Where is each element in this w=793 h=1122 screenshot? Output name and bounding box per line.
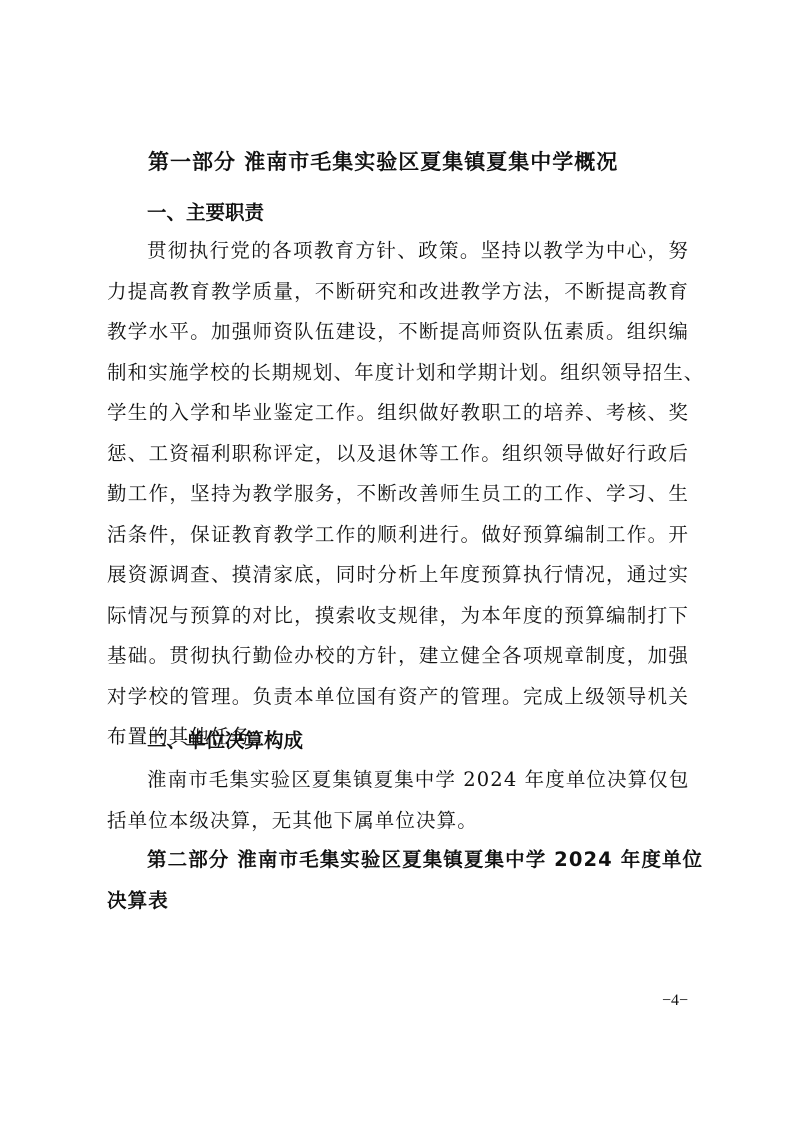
- section-heading-main-duties: 一、主要职责: [147, 197, 264, 225]
- unit-composition-paragraph: 淮南市毛集实验区夏集镇夏集中学 2024 年度单位决算仅包 括单位本级决算，无其…: [107, 760, 689, 841]
- text-line: 展资源调查、摸清家底，同时分析上年度预算执行情况，通过实: [107, 555, 689, 596]
- text-line: 活条件，保证教育教学工作的顺利进行。做好预算编制工作。开: [107, 515, 689, 556]
- text-line: 际情况与预算的对比，摸索收支规律，为本年度的预算编制打下: [107, 596, 689, 637]
- page-number: −4−: [662, 992, 688, 1010]
- text-line: 对学校的管理。负责本单位国有资产的管理。完成上级领导机关: [107, 677, 689, 718]
- text-line: 力提高教育教学质量，不断研究和改进教学方法，不断提高教育: [107, 272, 689, 313]
- text-line: 教学水平。加强师资队伍建设，不断提高师资队伍素质。组织编: [107, 312, 689, 353]
- text-line: 第二部分 淮南市毛集实验区夏集镇夏集中学 2024 年度单位: [107, 840, 689, 881]
- text-line: 括单位本级决算，无其他下属单位决算。: [107, 801, 689, 842]
- text-line: 淮南市毛集实验区夏集镇夏集中学 2024 年度单位决算仅包: [107, 760, 689, 801]
- text-line: 决算表: [107, 881, 689, 922]
- section-heading-unit-composition: 二、单位决算构成: [147, 725, 303, 753]
- main-duties-paragraph: 贯彻执行党的各项教育方针、政策。坚持以教学为中心，努 力提高教育教学质量，不断研…: [107, 231, 689, 758]
- text-line: 惩、工资福利职称评定，以及退休等工作。组织领导做好行政后: [107, 434, 689, 475]
- part-two-heading: 第二部分 淮南市毛集实验区夏集镇夏集中学 2024 年度单位 决算表: [107, 840, 689, 921]
- text-line: 贯彻执行党的各项教育方针、政策。坚持以教学为中心，努: [107, 231, 689, 272]
- text-line: 基础。贯彻执行勤俭办校的方针，建立健全各项规章制度，加强: [107, 636, 689, 677]
- text-line: 制和实施学校的长期规划、年度计划和学期计划。组织领导招生、: [107, 353, 689, 394]
- text-line: 勤工作，坚持为教学服务，不断改善师生员工的工作、学习、生: [107, 474, 689, 515]
- text-line: 学生的入学和毕业鉴定工作。组织做好教职工的培养、考核、奖: [107, 393, 689, 434]
- page-title: 第一部分 淮南市毛集实验区夏集镇夏集中学概况: [148, 146, 668, 176]
- document-page: 第一部分 淮南市毛集实验区夏集镇夏集中学概况 一、主要职责 贯彻执行党的各项教育…: [0, 0, 793, 1122]
